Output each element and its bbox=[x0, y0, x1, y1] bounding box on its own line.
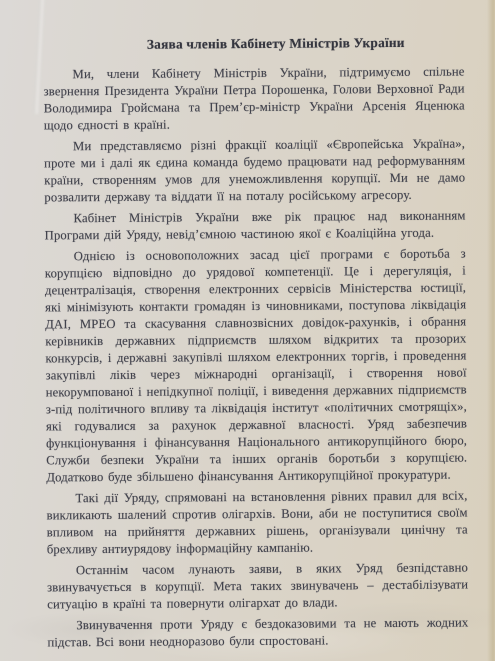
paragraph-accusations-goal: Останнім часом лунають заяви, в яких Уря… bbox=[47, 559, 468, 613]
paragraph-coalition-team: Ми представляємо різні фракції коаліції … bbox=[44, 135, 465, 206]
paragraph-accusations-baseless: Звинувачення проти Уряду є бездоказовими… bbox=[47, 614, 468, 651]
paragraph-program-execution: Кабінет Міністрів України вже рік працює… bbox=[44, 207, 465, 244]
paragraph-unity-statement: Ми, члени Кабінету Міністрів України, пі… bbox=[43, 63, 464, 134]
paragraph-anticorruption-measures: Однією із основоположних засад цієї прог… bbox=[45, 245, 468, 486]
document-title: Заява членів Кабінету Міністрів України bbox=[65, 34, 486, 53]
document-page: Заява членів Кабінету Міністрів України … bbox=[0, 0, 495, 661]
document-photo: Заява членів Кабінету Міністрів України … bbox=[0, 0, 495, 661]
document-body: Ми, члени Кабінету Міністрів України, пі… bbox=[43, 63, 468, 651]
paragraph-oligarch-resistance: Такі дії Уряду, спрямовані на встановлен… bbox=[46, 487, 467, 558]
